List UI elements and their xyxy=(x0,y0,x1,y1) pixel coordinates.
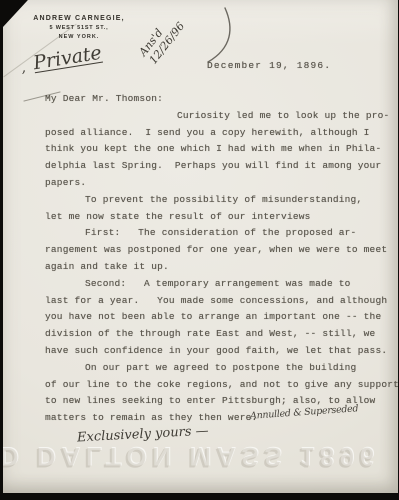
pen-flourish xyxy=(195,6,235,68)
letter-body: My Dear Mr. Thomson: Curiosity led me to… xyxy=(45,91,399,427)
body-line: have such confidence in your good faith,… xyxy=(45,343,399,360)
body-line: Curiosity led me to look up the pro- xyxy=(45,108,399,125)
paper-watermark: D DALTON MASS 1896 xyxy=(0,441,394,472)
letterhead-city: NEW YORK. xyxy=(27,34,131,40)
body-line: delphia last Spring. Perhaps you will fi… xyxy=(45,158,399,175)
body-line: again and take it up. xyxy=(45,259,399,276)
body-line: posed alliance. I send you a copy herewi… xyxy=(45,125,399,142)
letterhead: ANDREW CARNEGIE, 5 WEST 51ST ST., NEW YO… xyxy=(27,15,131,40)
body-line: rangement was postponed for one year, wh… xyxy=(45,242,399,259)
salutation: My Dear Mr. Thomson: xyxy=(45,91,399,108)
letterhead-address: 5 WEST 51ST ST., xyxy=(27,25,131,31)
body-line: Second: A temporary arrangement was made… xyxy=(45,276,399,293)
body-line: papers. xyxy=(45,175,399,192)
handwritten-tick: , xyxy=(20,60,27,77)
body-line: let me now state the result of our inter… xyxy=(45,209,399,226)
handwritten-answered-note: Ans'd 12/26/96 xyxy=(136,12,187,67)
body-line: last for a year. You made some concessio… xyxy=(45,293,399,310)
body-line: of our line to the coke regions, and not… xyxy=(45,377,399,394)
date-line: December 19, 1896. xyxy=(207,60,331,71)
letterhead-name: ANDREW CARNEGIE, xyxy=(27,15,131,22)
letter-paper: ANDREW CARNEGIE, 5 WEST 51ST ST., NEW YO… xyxy=(3,0,398,493)
body-line: On our part we agreed to postpone the bu… xyxy=(45,360,399,377)
body-line: think you kept the one which I had with … xyxy=(45,141,399,158)
body-line: To prevent the possibility of misunderst… xyxy=(45,192,399,209)
body-line: division of the through rate East and We… xyxy=(45,326,399,343)
scanned-letter: { "letterhead": { "name": "ANDREW CARNEG… xyxy=(0,0,399,500)
body-line: you have not been able to arrange an imp… xyxy=(45,309,399,326)
body-line: First: The consideration of the proposed… xyxy=(45,225,399,242)
